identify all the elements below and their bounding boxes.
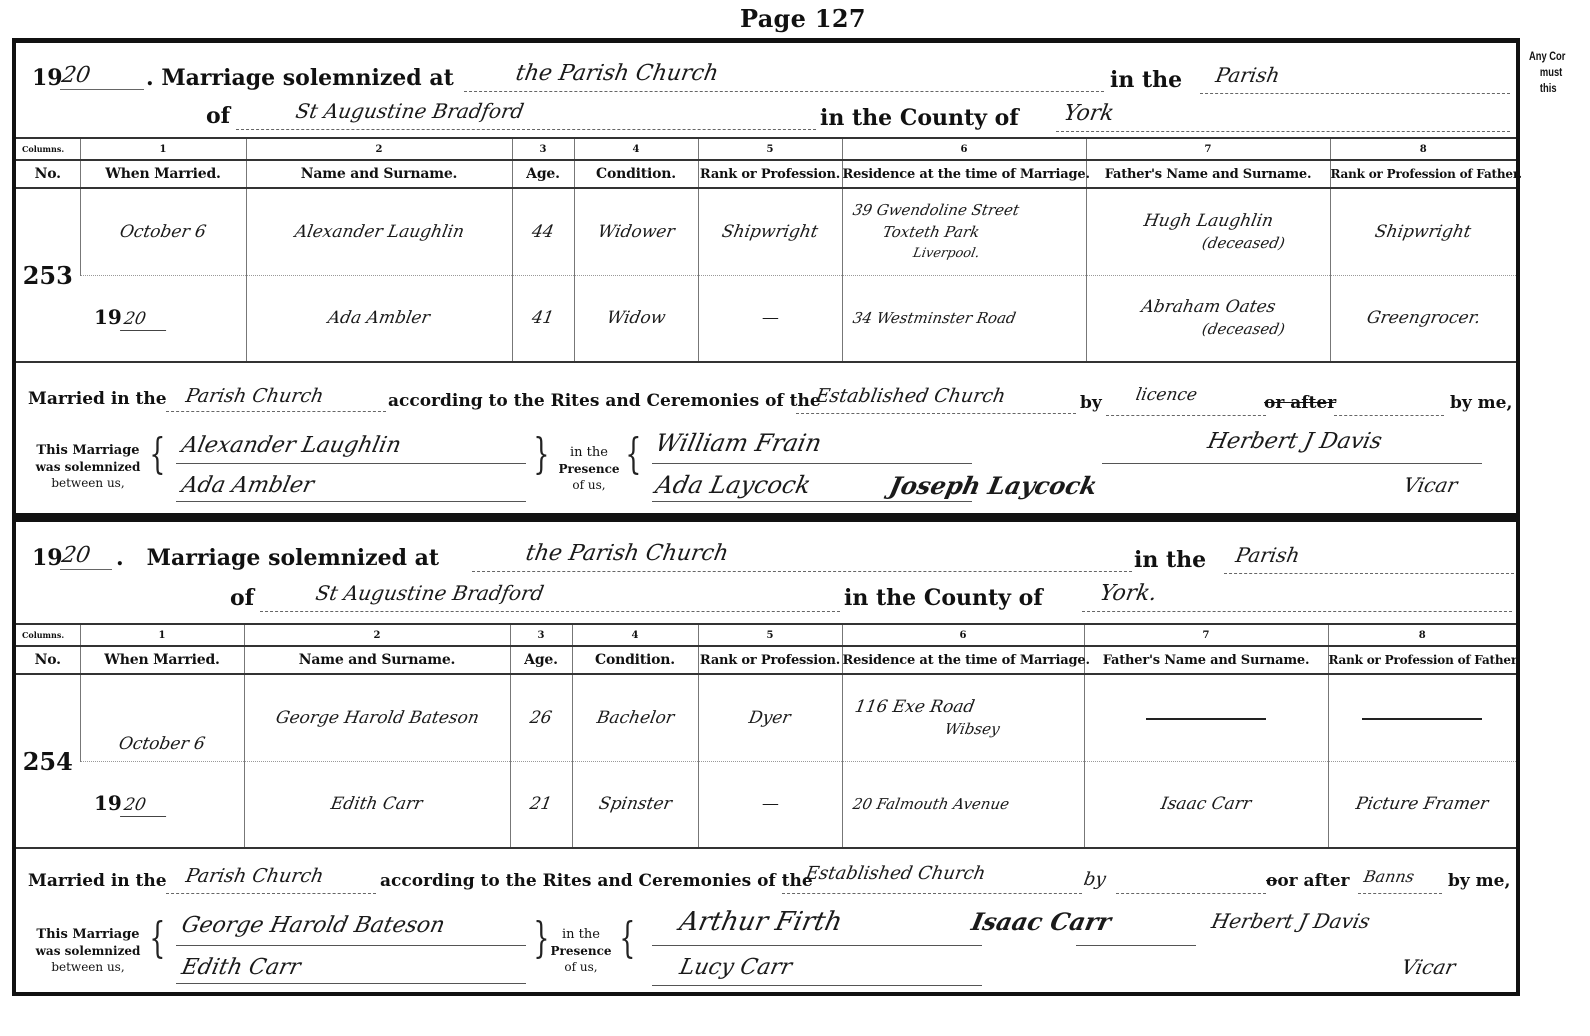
of-value: St Augustine Bradford [314,581,546,605]
witness-signature: Lucy Carr [677,955,794,980]
groom-row: 253 October 6 Alexander Laughlin 44 Wido… [16,188,1516,275]
bride-condition: Widow [605,307,667,329]
columns-label: Columns. [16,138,80,160]
bride-father-profession: Greengrocer. [1365,307,1482,329]
header-no: No. [16,646,80,674]
groom-condition: Widower [596,221,676,243]
between-us-label: This Marriage was solemnized between us, [30,927,146,975]
groom-signature: George Harold Bateson [179,913,447,938]
header-age: Age. [510,646,572,674]
column-number: 7 [1086,138,1330,160]
groom-row: 254 October 6 George Harold Bateson 26 B… [16,674,1516,761]
column-number: 6 [842,624,1084,646]
county-value: York. [1098,581,1159,606]
header-when-married: When Married. [80,160,246,188]
header-profession: Rank or Profession. [698,646,842,674]
in-the-value: Parish [1214,63,1282,87]
of-label: of [230,585,254,611]
bride-residence: 34 Westminster Road [851,307,1018,329]
entry-year-prefix: 19 [32,65,63,91]
entry-number: 253 [23,261,73,290]
bride-father-name: Abraham Oates [1085,296,1332,318]
solemnized-at-label: . Marriage solemnized at [116,545,439,571]
margin-note-line: must [1529,64,1565,80]
header-father-profession: Rank or Profession of Father. [1328,646,1516,674]
groom-age: 44 [530,221,556,243]
column-number: 5 [698,624,842,646]
married-in-label: Married in the [28,389,167,409]
between-us-label: This Marriage was solemnized between us, [30,443,146,491]
groom-father-name: Hugh Laughlin [1085,210,1332,232]
bride-row: 1920 Ada Ambler 41 Widow — 34 Westminste… [16,275,1516,362]
header-father-name: Father's Name and Surname. [1086,160,1330,188]
column-number: 4 [574,138,698,160]
entry-table: Columns. 1 2 3 4 5 6 7 8 No. When Marrie… [16,623,1516,849]
county-label: in the County of [820,105,1019,131]
bride-row: 1920 Edith Carr 21 Spinster — 20 Falmout… [16,761,1516,848]
year-suffix: 20 [120,794,170,817]
margin-note: Any Cor must this [1529,48,1565,96]
column-number: 4 [572,624,698,646]
or-after-label: oor after [1266,871,1350,891]
officiant-title: Vicar [1399,955,1457,979]
column-number: 3 [512,138,574,160]
column-number: 2 [244,624,510,646]
margin-note-line: this [1529,80,1565,96]
rites-label: according to the Rites and Ceremonies of… [388,391,821,411]
bride-profession: — [760,793,781,815]
groom-signature: Alexander Laughlin [179,433,403,458]
groom-residence-line: Liverpool. [851,243,1088,265]
columns-label: Columns. [16,624,80,646]
witness-signature: Joseph Laycock [887,471,1100,500]
column-number: 6 [842,138,1086,160]
marriage-date: October 6 [117,733,207,755]
presence-label: in the Presence of us, [556,445,622,493]
officiant-signature: Herbert J Davis [1209,909,1372,933]
married-in-label: Married in the [28,871,167,891]
county-value: York [1062,101,1116,126]
of-label: of [206,103,230,129]
groom-profession: Dyer [747,707,792,729]
marriage-register: 19 20 . Marriage solemnized at the Paris… [12,38,1520,996]
column-number: 2 [246,138,512,160]
bride-signature: Ada Ambler [179,473,316,498]
by-value: licence [1134,385,1199,405]
bride-name: Ada Ambler [326,307,431,329]
bride-father-profession: Picture Framer [1354,793,1490,815]
year-suffix: 20 [120,308,170,331]
entry-year-prefix: 19 [32,545,63,571]
witness-signature: Isaac Carr [969,907,1114,936]
groom-residence-line: 116 Exe Road [853,696,1086,718]
by-me-label: by me, [1450,393,1512,413]
bride-name: Edith Carr [329,793,424,815]
bride-residence: 20 Falmouth Avenue [851,793,1011,815]
groom-residence-line: Wibsey [853,718,1086,740]
entry-table: Columns. 1 2 3 4 5 6 7 8 No. When Marrie… [16,137,1516,363]
groom-father-profession-blank [1362,718,1482,720]
by-me-label: by me, [1448,871,1510,891]
rites-label: according to the Rites and Ceremonies of… [380,871,813,891]
witness-signature: Arthur Firth [677,907,845,937]
column-number: 8 [1330,138,1516,160]
bride-father-note: (deceased) [1085,318,1332,340]
in-the-value: Parish [1234,543,1302,567]
groom-age: 26 [528,707,554,729]
header-no: No. [16,160,80,188]
witness-signature: Ada Laycock [653,471,813,499]
header-condition: Condition. [574,160,698,188]
header-age: Age. [512,160,574,188]
in-the-label: in the [1110,67,1182,93]
page-number: Page 127 [740,4,866,33]
bride-condition: Spinster [597,793,674,815]
column-number: 7 [1084,624,1328,646]
header-name: Name and Surname. [246,160,512,188]
bride-age: 41 [530,307,556,329]
entry-year-suffix: 20 [60,543,92,568]
column-number: 8 [1328,624,1516,646]
header-residence: Residence at the time of Marriage. [842,160,1086,188]
solemnized-at-value: the Parish Church [524,541,731,566]
by-label: by [1080,393,1102,413]
county-label: in the County of [844,585,1043,611]
bride-profession: — [760,307,781,329]
header-father-name: Father's Name and Surname. [1084,646,1328,674]
column-number: 1 [80,138,246,160]
groom-residence-line: 39 Gwendoline Street [851,199,1088,221]
entry-year-suffix: 20 [60,63,92,88]
witness-signature: William Frain [653,429,824,457]
of-value: St Augustine Bradford [294,99,526,123]
by-label: by [1082,869,1107,890]
marriage-date: October 6 [118,221,208,243]
header-condition: Condition. [572,646,698,674]
groom-condition: Bachelor [595,707,676,729]
groom-profession: Shipwright [720,221,820,243]
groom-father-note: (deceased) [1085,232,1332,254]
header-profession: Rank or Profession. [698,160,842,188]
officiant-signature: Herbert J Davis [1205,429,1384,454]
presence-label: in the Presence of us, [546,927,616,975]
groom-father-name-blank [1146,718,1266,720]
marriage-entry-254: 19 20 . Marriage solemnized at the Paris… [16,523,1516,993]
groom-father-profession: Shipwright [1373,221,1473,243]
marriage-entry-253: 19 20 . Marriage solemnized at the Paris… [16,43,1516,515]
column-number: 3 [510,624,572,646]
in-the-label: in the [1134,547,1206,573]
column-number: 5 [698,138,842,160]
rites-value: Established Church [804,863,987,884]
header-father-profession: Rank or Profession of Father. [1330,160,1516,188]
or-after-label: or after [1264,393,1336,413]
header-residence: Residence at the time of Marriage. [842,646,1084,674]
married-in-value: Parish Church [184,385,325,407]
entry-divider [12,513,1520,522]
groom-name: Alexander Laughlin [293,221,466,243]
margin-note-line: Any Cor [1529,48,1565,64]
solemnized-at-label: . Marriage solemnized at [146,65,454,91]
header-name: Name and Surname. [244,646,510,674]
bride-age: 21 [528,793,554,815]
year-prefix: 19 [94,305,122,329]
officiant-title: Vicar [1401,473,1459,497]
column-number: 1 [80,624,244,646]
bride-father-name: Isaac Carr [1159,793,1253,815]
married-in-value: Parish Church [184,865,325,887]
groom-name: George Harold Bateson [274,707,481,729]
groom-residence-line: Toxteth Park [851,221,1088,243]
bride-signature: Edith Carr [179,955,302,980]
entry-number: 254 [23,747,73,776]
header-when-married: When Married. [80,646,244,674]
solemnized-at-value: the Parish Church [514,61,721,86]
or-after-value: Banns [1362,867,1415,886]
rites-value: Established Church [814,385,1007,407]
year-prefix: 19 [94,791,122,815]
